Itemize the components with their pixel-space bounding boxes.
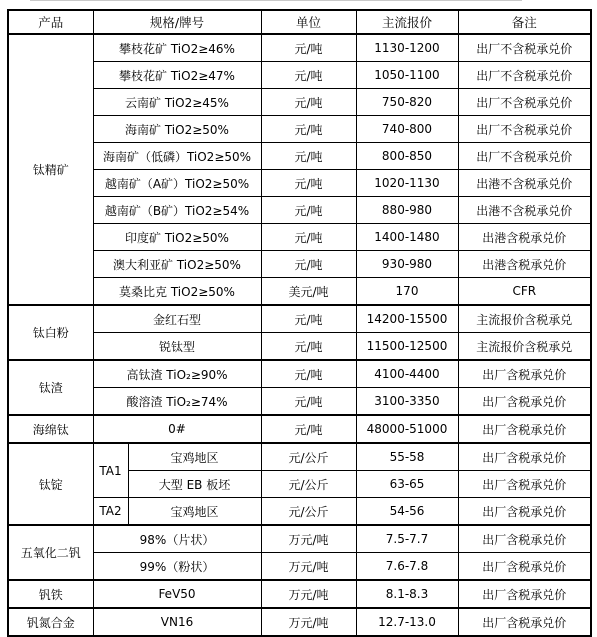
table-row: 钛白粉 金红石型 元/吨 14200-15500 主流报价含税承兑 — [8, 305, 591, 333]
unit-cell: 元/吨 — [261, 224, 356, 251]
product-cell: 钛精矿 — [8, 34, 93, 305]
note-cell: 出港不含税承兑价 — [458, 197, 591, 224]
note-cell: 主流报价含税承兑 — [458, 305, 591, 333]
unit-cell: 元/吨 — [261, 62, 356, 89]
note-cell: 出厂含税承兑价 — [458, 443, 591, 471]
spec-cell: 澳大利亚矿 TiO2≥50% — [93, 251, 261, 278]
price-cell: 14200-15500 — [356, 305, 458, 333]
table-row: 钛精矿 攀枝花矿 TiO2≥46% 元/吨 1130-1200 出厂不含税承兑价 — [8, 34, 591, 62]
product-cell: 五氧化二钒 — [8, 525, 93, 580]
note-cell: 出厂含税承兑价 — [458, 608, 591, 636]
unit-cell: 元/吨 — [261, 34, 356, 62]
table-row: 澳大利亚矿 TiO2≥50% 元/吨 930-980 出港含税承兑价 — [8, 251, 591, 278]
unit-cell: 元/吨 — [261, 197, 356, 224]
table-row: 五氧化二钒 98%（片状） 万元/吨 7.5-7.7 出厂含税承兑价 — [8, 525, 591, 553]
product-cell: 海绵钛 — [8, 415, 93, 443]
note-cell: 出厂含税承兑价 — [458, 415, 591, 443]
product-cell: 钛锭 — [8, 443, 93, 525]
unit-cell: 元/吨 — [261, 360, 356, 388]
price-cell: 48000-51000 — [356, 415, 458, 443]
unit-cell: 美元/吨 — [261, 278, 356, 306]
note-cell: 出厂含税承兑价 — [458, 360, 591, 388]
spec-cell: 越南矿（B矿）TiO2≥54% — [93, 197, 261, 224]
table-row: 锐钛型 元/吨 11500-12500 主流报价含税承兑 — [8, 333, 591, 361]
commodity-price-table: 产品 规格/牌号 单位 主流报价 备注 钛精矿 攀枝花矿 TiO2≥46% 元/… — [7, 9, 592, 637]
price-cell: 11500-12500 — [356, 333, 458, 361]
spec-cell: 莫桑比克 TiO2≥50% — [93, 278, 261, 306]
product-cell: 钒氮合金 — [8, 608, 93, 636]
spec-cell: 锐钛型 — [93, 333, 261, 361]
price-cell: 54-56 — [356, 498, 458, 526]
unit-cell: 元/吨 — [261, 305, 356, 333]
unit-cell: 万元/吨 — [261, 525, 356, 553]
col-header-price: 主流报价 — [356, 10, 458, 34]
unit-cell: 元/吨 — [261, 388, 356, 416]
table-row: 越南矿（A矿）TiO2≥50% 元/吨 1020-1130 出港不含税承兑价 — [8, 170, 591, 197]
table-row: 莫桑比克 TiO2≥50% 美元/吨 170 CFR — [8, 278, 591, 306]
spec-cell: 金红石型 — [93, 305, 261, 333]
note-cell: 出港不含税承兑价 — [458, 170, 591, 197]
spec-cell: 印度矿 TiO2≥50% — [93, 224, 261, 251]
price-cell: 63-65 — [356, 471, 458, 498]
unit-cell: 万元/吨 — [261, 608, 356, 636]
table-row: 海南矿（低磷）TiO2≥50% 元/吨 800-850 出厂不含税承兑价 — [8, 143, 591, 170]
table-row: TA2 宝鸡地区 元/公斤 54-56 出厂含税承兑价 — [8, 498, 591, 526]
price-cell: 7.6-7.8 — [356, 553, 458, 581]
note-cell: 出厂不含税承兑价 — [458, 116, 591, 143]
table-row: 99%（粉状） 万元/吨 7.6-7.8 出厂含税承兑价 — [8, 553, 591, 581]
table-row: 印度矿 TiO2≥50% 元/吨 1400-1480 出港含税承兑价 — [8, 224, 591, 251]
table-row: 云南矿 TiO2≥45% 元/吨 750-820 出厂不含税承兑价 — [8, 89, 591, 116]
note-cell: 出厂含税承兑价 — [458, 553, 591, 581]
spec-cell: 酸溶渣 TiO₂≥74% — [93, 388, 261, 416]
spec-cell: VN16 — [93, 608, 261, 636]
note-cell: 出港含税承兑价 — [458, 224, 591, 251]
note-cell: 主流报价含税承兑 — [458, 333, 591, 361]
unit-cell: 元/吨 — [261, 170, 356, 197]
note-cell: 出厂含税承兑价 — [458, 388, 591, 416]
unit-cell: 万元/吨 — [261, 553, 356, 581]
price-cell: 1050-1100 — [356, 62, 458, 89]
table-row: 钒氮合金 VN16 万元/吨 12.7-13.0 出厂含税承兑价 — [8, 608, 591, 636]
spec-cell: 攀枝花矿 TiO2≥47% — [93, 62, 261, 89]
price-cell: 740-800 — [356, 116, 458, 143]
note-cell: 出厂不含税承兑价 — [458, 62, 591, 89]
unit-cell: 元/公斤 — [261, 471, 356, 498]
price-cell: 930-980 — [356, 251, 458, 278]
price-cell: 1400-1480 — [356, 224, 458, 251]
spec-cell: 98%（片状） — [93, 525, 261, 553]
product-cell: 钛渣 — [8, 360, 93, 415]
table-row: 海绵钛 0# 元/吨 48000-51000 出厂含税承兑价 — [8, 415, 591, 443]
product-cell: 钛白粉 — [8, 305, 93, 360]
table-row: 钛锭 TA1 宝鸡地区 元/公斤 55-58 出厂含税承兑价 — [8, 443, 591, 471]
unit-cell: 元/吨 — [261, 89, 356, 116]
spec-cell: 云南矿 TiO2≥45% — [93, 89, 261, 116]
unit-cell: 元/吨 — [261, 251, 356, 278]
price-cell: 7.5-7.7 — [356, 525, 458, 553]
price-cell: 1020-1130 — [356, 170, 458, 197]
table-row: 攀枝花矿 TiO2≥47% 元/吨 1050-1100 出厂不含税承兑价 — [8, 62, 591, 89]
spec-cell: 高钛渣 TiO₂≥90% — [93, 360, 261, 388]
spec-cell: 海南矿（低磷）TiO2≥50% — [93, 143, 261, 170]
price-cell: 3100-3350 — [356, 388, 458, 416]
note-cell: 出厂不含税承兑价 — [458, 143, 591, 170]
unit-cell: 元/吨 — [261, 116, 356, 143]
spec-cell: 99%（粉状） — [93, 553, 261, 581]
grade-cell: TA1 — [93, 443, 128, 498]
note-cell: CFR — [458, 278, 591, 306]
table-row: 海南矿 TiO2≥50% 元/吨 740-800 出厂不含税承兑价 — [8, 116, 591, 143]
price-cell: 800-850 — [356, 143, 458, 170]
spec-cell: 大型 EB 板坯 — [128, 471, 261, 498]
unit-cell: 元/吨 — [261, 333, 356, 361]
price-cell: 170 — [356, 278, 458, 306]
price-cell: 1130-1200 — [356, 34, 458, 62]
spec-cell: 攀枝花矿 TiO2≥46% — [93, 34, 261, 62]
table-row: 钛渣 高钛渣 TiO₂≥90% 元/吨 4100-4400 出厂含税承兑价 — [8, 360, 591, 388]
price-cell: 4100-4400 — [356, 360, 458, 388]
top-artifact-line — [30, 0, 522, 1]
header-row: 产品 规格/牌号 单位 主流报价 备注 — [8, 10, 591, 34]
spec-cell: 宝鸡地区 — [128, 498, 261, 526]
table-row: 越南矿（B矿）TiO2≥54% 元/吨 880-980 出港不含税承兑价 — [8, 197, 591, 224]
col-header-product: 产品 — [8, 10, 93, 34]
spec-cell: 0# — [93, 415, 261, 443]
note-cell: 出港含税承兑价 — [458, 251, 591, 278]
spec-cell: 海南矿 TiO2≥50% — [93, 116, 261, 143]
price-cell: 55-58 — [356, 443, 458, 471]
note-cell: 出厂含税承兑价 — [458, 525, 591, 553]
note-cell: 出厂含税承兑价 — [458, 498, 591, 526]
note-cell: 出厂不含税承兑价 — [458, 89, 591, 116]
unit-cell: 元/公斤 — [261, 443, 356, 471]
unit-cell: 元/吨 — [261, 143, 356, 170]
col-header-note: 备注 — [458, 10, 591, 34]
spec-cell: 越南矿（A矿）TiO2≥50% — [93, 170, 261, 197]
unit-cell: 元/公斤 — [261, 498, 356, 526]
note-cell: 出厂含税承兑价 — [458, 471, 591, 498]
col-header-unit: 单位 — [261, 10, 356, 34]
note-cell: 出厂不含税承兑价 — [458, 34, 591, 62]
price-cell: 750-820 — [356, 89, 458, 116]
price-cell: 880-980 — [356, 197, 458, 224]
spec-cell: 宝鸡地区 — [128, 443, 261, 471]
grade-cell: TA2 — [93, 498, 128, 526]
table-row: 酸溶渣 TiO₂≥74% 元/吨 3100-3350 出厂含税承兑价 — [8, 388, 591, 416]
unit-cell: 元/吨 — [261, 415, 356, 443]
col-header-spec: 规格/牌号 — [93, 10, 261, 34]
price-cell: 12.7-13.0 — [356, 608, 458, 636]
